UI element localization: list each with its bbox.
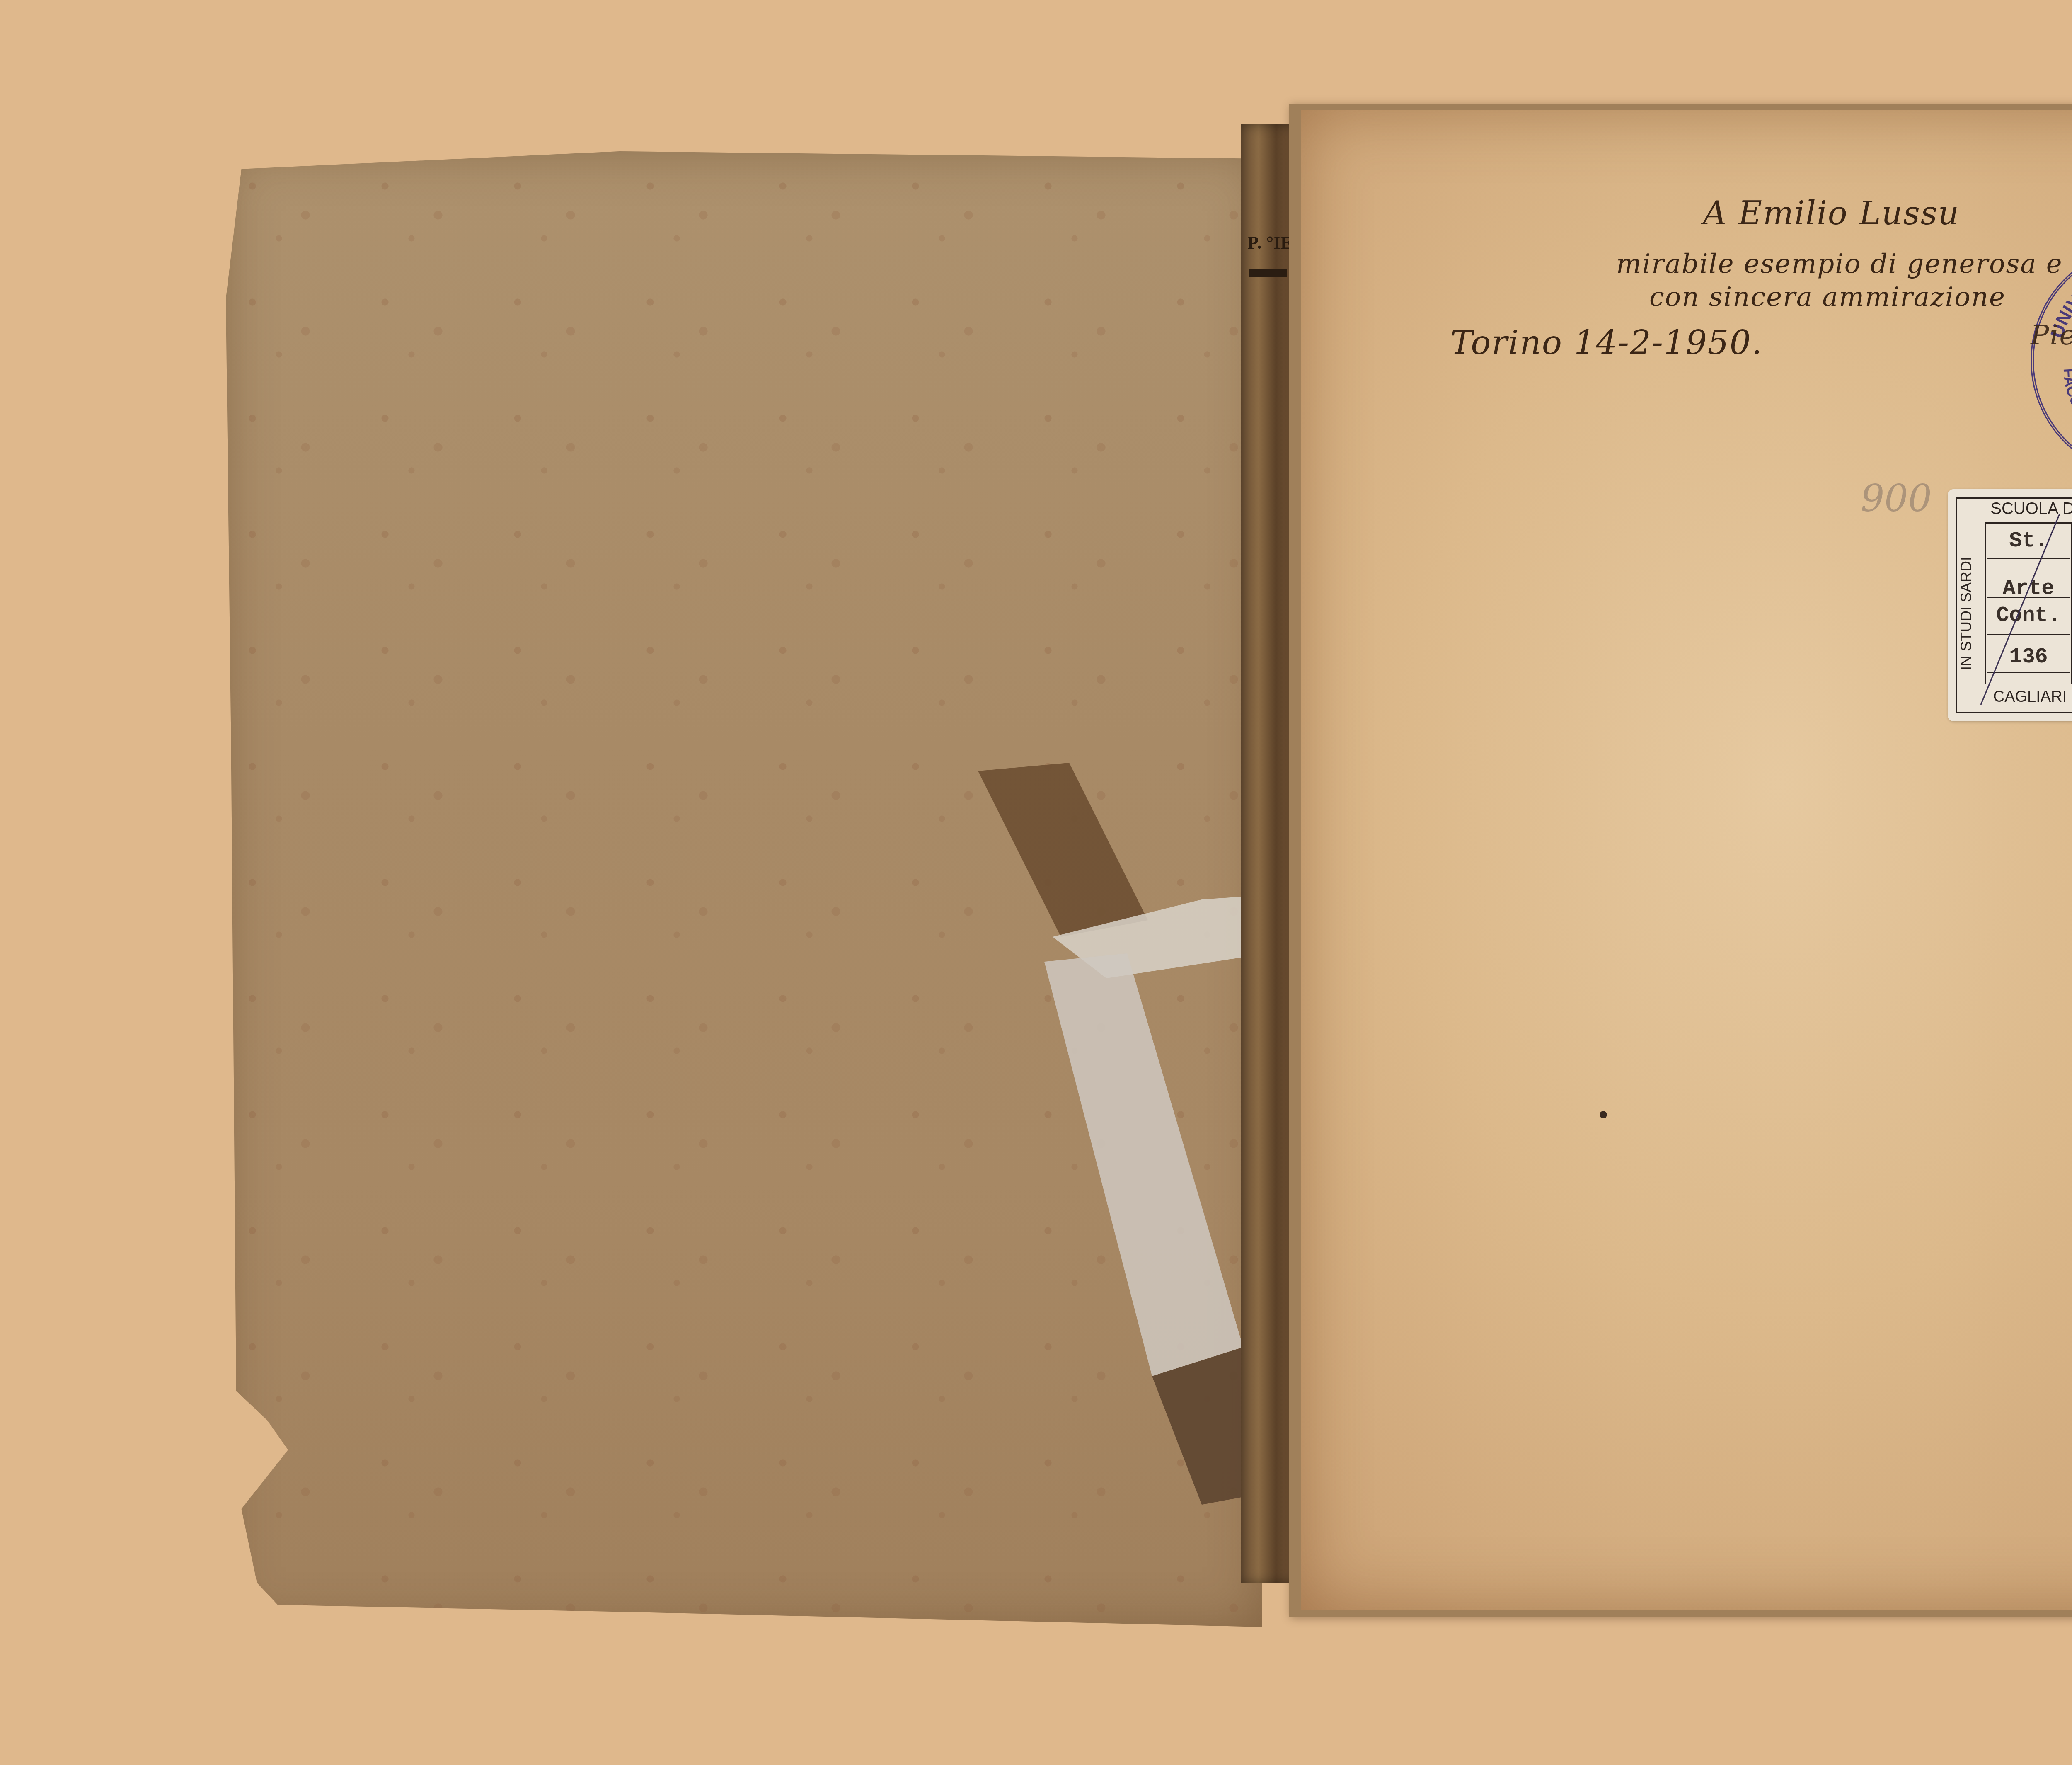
inscription-line-1: A Emilio Lussu [1703,195,1960,232]
spine-label: P. °IE [1245,232,1295,253]
inscription-line-2: mirabile esempio di generosa e virile ar… [1616,249,2072,279]
inscription-line-3: con sincera ammirazione [1649,282,2006,313]
inscription-place-date: Torino 14-2-1950. [1450,323,1763,362]
ink-spot [1600,1111,1607,1118]
svg-text:FACOLTA' DI LETTERE E FILOSOFI: FACOLTA' DI LETTERE E FILOSOFIA [2060,368,2072,455]
signature: Piero Pieri [2031,319,2072,351]
spine-bar [1249,269,1287,277]
catalog-label-slash [1948,489,2072,721]
stamp-text: UNIVERSITA' DI CAGLIARI FACOLTA' DI LETT… [2031,245,2072,477]
pencil-note-number: 900 [1861,477,1932,520]
